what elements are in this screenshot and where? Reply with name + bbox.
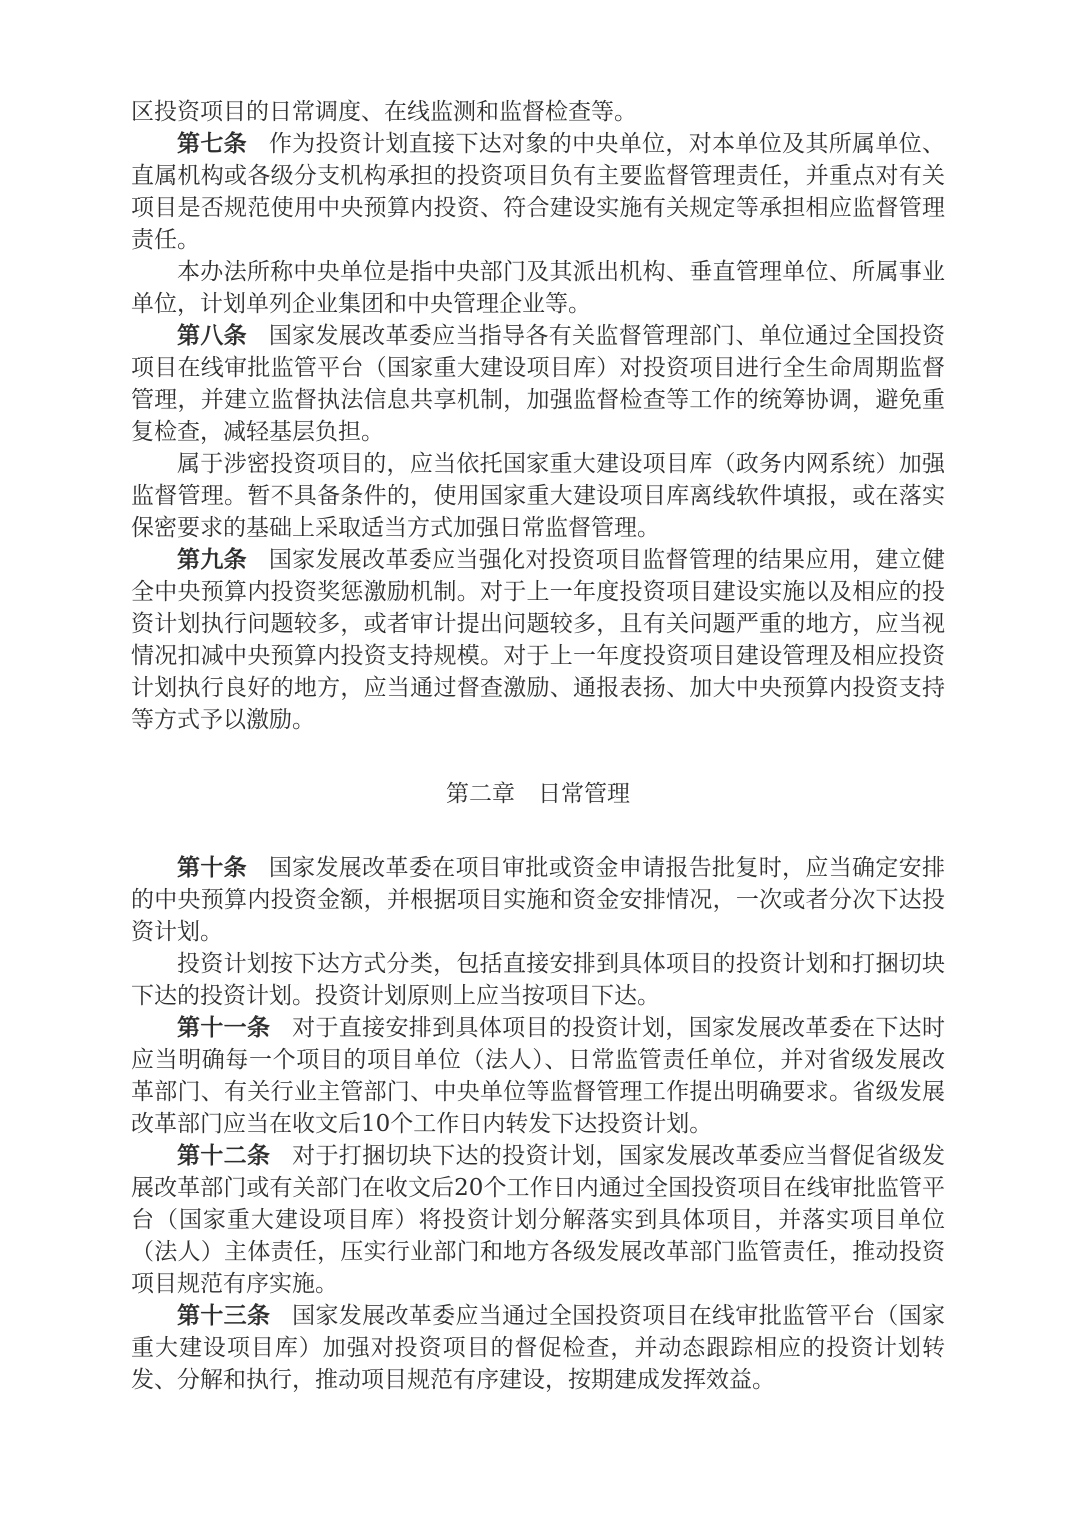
paragraph-text: 本办法所称中央单位是指中央部门及其派出机构、垂直管理单位、所属事业单位，计划单列… bbox=[131, 259, 945, 317]
document-page: 区投资项目的日常调度、在线监测和监督检查等。 第七条作为投资计划直接下达对象的中… bbox=[0, 0, 1074, 1520]
paragraph-article-12: 第十二条对于打捆切块下达的投资计划，国家发展改革委应当督促省级发展改革部门或有关… bbox=[131, 1140, 945, 1300]
paragraph-article-8: 第八条国家发展改革委应当指导各有关监督管理部门、单位通过全国投资项目在线审批监管… bbox=[131, 320, 945, 448]
article-number: 第十一条 bbox=[177, 1014, 292, 1041]
paragraph-continuation: 区投资项目的日常调度、在线监测和监督检查等。 bbox=[131, 96, 945, 128]
paragraph: 本办法所称中央单位是指中央部门及其派出机构、垂直管理单位、所属事业单位，计划单列… bbox=[131, 256, 945, 320]
paragraph-text: 投资计划按下达方式分类，包括直接安排到具体项目的投资计划和打捆切块下达的投资计划… bbox=[131, 951, 945, 1009]
paragraph-article-9: 第九条国家发展改革委应当强化对投资项目监督管理的结果应用，建立健全中央预算内投资… bbox=[131, 544, 945, 736]
article-number: 第八条 bbox=[177, 322, 269, 349]
paragraph-article-7: 第七条作为投资计划直接下达对象的中央单位，对本单位及其所属单位、直属机构或各级分… bbox=[131, 128, 945, 256]
paragraph-text: 区投资项目的日常调度、在线监测和监督检查等。 bbox=[131, 99, 637, 125]
paragraph-article-13: 第十三条国家发展改革委应当通过全国投资项目在线审批监管平台（国家重大建设项目库）… bbox=[131, 1300, 945, 1396]
chapter-heading: 第二章 日常管理 bbox=[131, 778, 945, 810]
paragraph-text: 国家发展改革委应当强化对投资项目监督管理的结果应用，建立健全中央预算内投资奖惩激… bbox=[131, 547, 945, 733]
article-number: 第十三条 bbox=[177, 1302, 292, 1329]
paragraph-article-11: 第十一条对于直接安排到具体项目的投资计划，国家发展改革委在下达时应当明确每一个项… bbox=[131, 1012, 945, 1140]
article-number: 第十条 bbox=[177, 854, 269, 881]
article-number: 第七条 bbox=[177, 130, 269, 157]
paragraph-text: 属于涉密投资项目的，应当依托国家重大建设项目库（政务内网系统）加强监督管理。暂不… bbox=[131, 451, 945, 541]
paragraph: 投资计划按下达方式分类，包括直接安排到具体项目的投资计划和打捆切块下达的投资计划… bbox=[131, 948, 945, 1012]
article-number: 第十二条 bbox=[177, 1142, 292, 1169]
article-number: 第九条 bbox=[177, 546, 269, 573]
paragraph-article-10: 第十条国家发展改革委在项目审批或资金申请报告批复时，应当确定安排的中央预算内投资… bbox=[131, 852, 945, 948]
paragraph: 属于涉密投资项目的，应当依托国家重大建设项目库（政务内网系统）加强监督管理。暂不… bbox=[131, 448, 945, 544]
